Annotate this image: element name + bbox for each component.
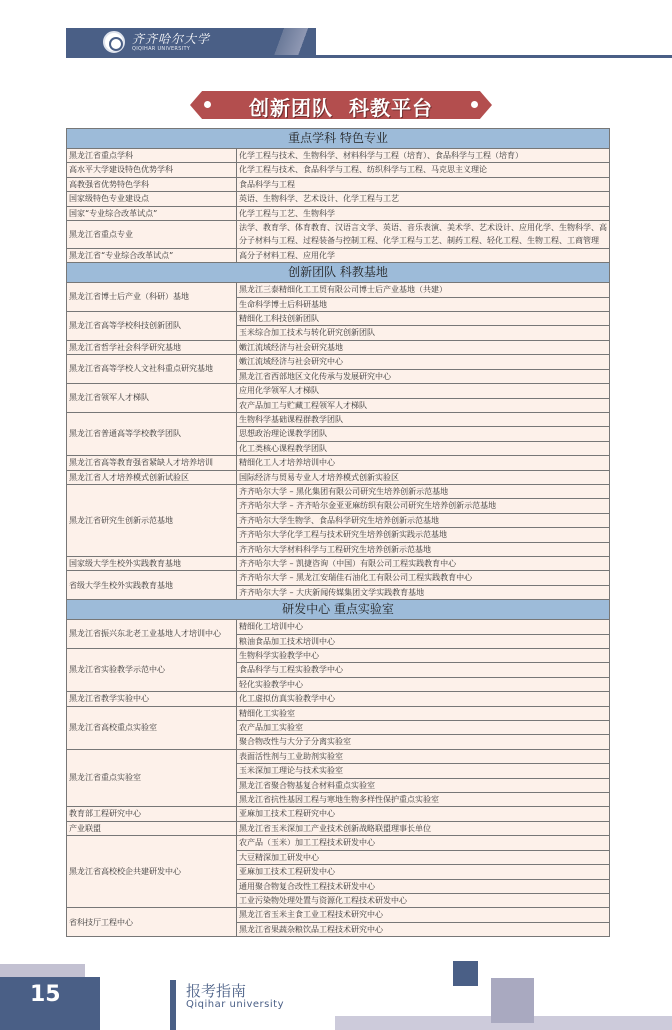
footer-decor-square-light: [491, 978, 534, 1023]
item-cell: 食品科学与工程实验教学中心: [237, 663, 610, 677]
item-cell: 农产品加工与贮藏工程领军人才梯队: [237, 398, 610, 412]
category-cell: 黑龙江省高校校企共建研发中心: [67, 836, 237, 908]
category-cell: 国家“专业综合改革试点”: [67, 206, 237, 220]
item-cell: 化工虚拟仿真实验教学中心: [237, 692, 610, 706]
category-cell: 黑龙江省重点专业: [67, 221, 237, 249]
item-cell: 思想政治理论课教学团队: [237, 427, 610, 441]
footer-decor-square-dark: [453, 961, 478, 986]
section-header-row: 研发中心 重点实验室: [67, 600, 610, 620]
item-cell: 大豆精深加工研发中心: [237, 850, 610, 864]
table-row: 省级大学生校外实践教育基地齐齐哈尔大学 – 黑龙江安瑞佳石油化工有限公司工程实践…: [67, 571, 610, 585]
category-cell: 黑龙江省“专业综合改革试点”: [67, 248, 237, 262]
table-row: 黑龙江省“专业综合改革试点”高分子材料工程、应用化学: [67, 248, 610, 262]
item-cell: 农产品（玉米）加工工程技术研发中心: [237, 836, 610, 850]
category-cell: 黑龙江省高校重点实验室: [67, 706, 237, 749]
item-cell: 齐齐哈尔大学 – 黑化集团有限公司研究生培养创新示范基地: [237, 484, 610, 498]
category-cell: 黑龙江省重点实验室: [67, 749, 237, 807]
item-cell: 精细化工科技创新团队: [237, 312, 610, 326]
category-cell: 产业联盟: [67, 821, 237, 835]
item-cell: 化学工程与技术、生物科学、材料科学与工程（培育）、食品科学与工程（培育）: [237, 149, 610, 163]
guide-title-cn: 报考指南: [186, 980, 246, 1001]
category-cell: 黑龙江省实验教学示范中心: [67, 649, 237, 692]
category-cell: 黑龙江省领军人才梯队: [67, 384, 237, 413]
table-row: 黑龙江省高校校企共建研发中心农产品（玉米）加工工程技术研发中心: [67, 836, 610, 850]
category-cell: 国家级大学生校外实践教育基地: [67, 556, 237, 570]
item-cell: 嫩江流域经济与社会研究中心: [237, 355, 610, 369]
page-title: 创新团队 科教平台: [190, 92, 492, 121]
item-cell: 黑龙江省玉米深加工产业技术创新战略联盟理事长单位: [237, 821, 610, 835]
category-cell: 黑龙江省普通高等学校教学团队: [67, 412, 237, 455]
item-cell: 表面活性剂与工业助剂实验室: [237, 749, 610, 763]
item-cell: 黑龙江三泰精细化工工贸有限公司博士后产业基地（共建）: [237, 283, 610, 297]
table-row: 国家“专业综合改革试点”化学工程与工艺、生物科学: [67, 206, 610, 220]
item-cell: 黑龙江省果蔬杂粮饮品工程技术研究中心: [237, 922, 610, 936]
table-row: 黑龙江省重点实验室表面活性剂与工业助剂实验室: [67, 749, 610, 763]
category-cell: 省科技厅工程中心: [67, 908, 237, 937]
section-header-row: 重点学科 特色专业: [67, 129, 610, 149]
table-row: 黑龙江省哲学社会科学研究基地嫩江流域经济与社会研究基地: [67, 340, 610, 354]
item-cell: 玉米深加工理论与技术实验室: [237, 764, 610, 778]
header-banner-slant: [260, 28, 330, 56]
table-row: 高水平大学建设特色优势学科化学工程与技术、食品科学与工程、纺织科学与工程、马克思…: [67, 163, 610, 177]
category-cell: 高水平大学建设特色优势学科: [67, 163, 237, 177]
item-cell: 农产品加工实验室: [237, 721, 610, 735]
item-cell: 黑龙江省玉米主食工业工程技术研究中心: [237, 908, 610, 922]
table-row: 黑龙江省高等学校人文社科重点研究基地嫩江流域经济与社会研究中心: [67, 355, 610, 369]
platform-table: 重点学科 特色专业黑龙江省重点学科化学工程与技术、生物科学、材料科学与工程（培育…: [66, 128, 610, 937]
section-title: 重点学科 特色专业: [67, 129, 610, 149]
item-cell: 亚麻加工技术工程研究中心: [237, 807, 610, 821]
section-title: 研发中心 重点实验室: [67, 600, 610, 620]
item-cell: 生物科学实验教学中心: [237, 649, 610, 663]
item-cell: 精细化工培训中心: [237, 620, 610, 634]
item-cell: 应用化学领军人才梯队: [237, 384, 610, 398]
category-cell: 黑龙江省哲学社会科学研究基地: [67, 340, 237, 354]
table-row: 黑龙江省重点学科化学工程与技术、生物科学、材料科学与工程（培育）、食品科学与工程…: [67, 149, 610, 163]
category-cell: 国家级特色专业建设点: [67, 192, 237, 206]
university-name-en: QIQIHAR UNIVERSITY: [132, 46, 190, 52]
item-cell: 英语、生物科学、艺术设计、化学工程与工艺: [237, 192, 610, 206]
page-title-ribbon: 创新团队 科教平台: [190, 91, 492, 119]
category-cell: 教育部工程研究中心: [67, 807, 237, 821]
category-cell: 黑龙江省高等学校科技创新团队: [67, 312, 237, 341]
table-row: 黑龙江省普通高等学校教学团队生物科学基础课程群教学团队: [67, 412, 610, 426]
item-cell: 齐齐哈尔大学生物学、食品科学研究生培养创新示范基地: [237, 513, 610, 527]
item-cell: 轻化实验教学中心: [237, 677, 610, 691]
table-row: 省科技厅工程中心黑龙江省玉米主食工业工程技术研究中心: [67, 908, 610, 922]
item-cell: 齐齐哈尔大学 – 大庆新闻传媒集团文学实践教育基地: [237, 585, 610, 599]
platform-table-body: 重点学科 特色专业黑龙江省重点学科化学工程与技术、生物科学、材料科学与工程（培育…: [67, 129, 610, 937]
item-cell: 聚合物改性与大分子分离实验室: [237, 735, 610, 749]
item-cell: 玉米综合加工技术与转化研究创新团队: [237, 326, 610, 340]
table-row: 黑龙江省高等学校科技创新团队精细化工科技创新团队: [67, 312, 610, 326]
university-emblem-icon: [103, 31, 125, 53]
item-cell: 齐齐哈尔大学化学工程与技术研究生培养创新实践示范基地: [237, 528, 610, 542]
category-cell: 黑龙江省研究生创新示范基地: [67, 484, 237, 556]
table-row: 国家级特色专业建设点英语、生物科学、艺术设计、化学工程与工艺: [67, 192, 610, 206]
section-title: 创新团队 科教基地: [67, 263, 610, 283]
category-cell: 黑龙江省重点学科: [67, 149, 237, 163]
category-cell: 高教强省优势特色学科: [67, 177, 237, 191]
table-row: 黑龙江省博士后产业（科研）基地黑龙江三泰精细化工工贸有限公司博士后产业基地（共建…: [67, 283, 610, 297]
item-cell: 工业污染物处理处置与资源化工程技术研发中心: [237, 893, 610, 907]
page-number: 15: [30, 982, 61, 1007]
footer-divider-bar: [170, 980, 176, 1030]
section-header-row: 创新团队 科教基地: [67, 263, 610, 283]
table-row: 黑龙江省领军人才梯队应用化学领军人才梯队: [67, 384, 610, 398]
item-cell: 精细化工人才培养培训中心: [237, 456, 610, 470]
table-row: 黑龙江省振兴东北老工业基地人才培训中心精细化工培训中心: [67, 620, 610, 634]
item-cell: 通用聚合物复合改性工程技术研发中心: [237, 879, 610, 893]
item-cell: 化学工程与工艺、生物科学: [237, 206, 610, 220]
table-row: 黑龙江省重点专业法学、教育学、体育教育、汉语言文学、英语、音乐表演、美术学、艺术…: [67, 221, 610, 249]
header-rule: [66, 55, 672, 58]
table-row: 黑龙江省高等教育强省紧缺人才培养培训精细化工人才培养培训中心: [67, 456, 610, 470]
guide-title-en: Qiqihar university: [186, 999, 284, 1010]
category-cell: 黑龙江省振兴东北老工业基地人才培训中心: [67, 620, 237, 649]
item-cell: 国际经济与贸易专业人才培养模式创新实验区: [237, 470, 610, 484]
category-cell: 黑龙江省高等学校人文社科重点研究基地: [67, 355, 237, 384]
item-cell: 亚麻加工技术工程研发中心: [237, 865, 610, 879]
table-row: 国家级大学生校外实践教育基地齐齐哈尔大学 – 凯捷咨询（中国）有限公司工程实践教…: [67, 556, 610, 570]
item-cell: 黑龙江省聚合物基复合材料重点实验室: [237, 778, 610, 792]
item-cell: 黑龙江省西部地区文化传承与发展研究中心: [237, 369, 610, 383]
item-cell: 粮油食品加工技术培训中心: [237, 634, 610, 648]
item-cell: 食品科学与工程: [237, 177, 610, 191]
item-cell: 化学工程与技术、食品科学与工程、纺织科学与工程、马克思主义理论: [237, 163, 610, 177]
category-cell: 黑龙江省教学实验中心: [67, 692, 237, 706]
university-name-cn: 齐齐哈尔大学: [132, 30, 210, 47]
table-row: 黑龙江省研究生创新示范基地齐齐哈尔大学 – 黑化集团有限公司研究生培养创新示范基…: [67, 484, 610, 498]
item-cell: 化工类核心课程教学团队: [237, 441, 610, 455]
item-cell: 嫩江流域经济与社会研究基地: [237, 340, 610, 354]
category-cell: 黑龙江省人才培养模式创新试验区: [67, 470, 237, 484]
item-cell: 黑龙江省抗性基因工程与寒地生物多样性保护重点实验室: [237, 793, 610, 807]
table-row: 黑龙江省实验教学示范中心生物科学实验教学中心: [67, 649, 610, 663]
table-row: 产业联盟黑龙江省玉米深加工产业技术创新战略联盟理事长单位: [67, 821, 610, 835]
item-cell: 法学、教育学、体育教育、汉语言文学、英语、音乐表演、美术学、艺术设计、应用化学、…: [237, 221, 610, 249]
category-cell: 黑龙江省博士后产业（科研）基地: [67, 283, 237, 312]
item-cell: 精细化工实验室: [237, 706, 610, 720]
item-cell: 齐齐哈尔大学 – 黑龙江安瑞佳石油化工有限公司工程实践教育中心: [237, 571, 610, 585]
category-cell: 省级大学生校外实践教育基地: [67, 571, 237, 600]
item-cell: 齐齐哈尔大学 – 齐齐哈尔金亚亚麻纺织有限公司研究生培养创新示范基地: [237, 499, 610, 513]
item-cell: 高分子材料工程、应用化学: [237, 248, 610, 262]
table-row: 黑龙江省人才培养模式创新试验区国际经济与贸易专业人才培养模式创新实验区: [67, 470, 610, 484]
category-cell: 黑龙江省高等教育强省紧缺人才培养培训: [67, 456, 237, 470]
item-cell: 齐齐哈尔大学 – 凯捷咨询（中国）有限公司工程实践教育中心: [237, 556, 610, 570]
item-cell: 生命科学博士后科研基地: [237, 297, 610, 311]
table-row: 黑龙江省教学实验中心化工虚拟仿真实验教学中心: [67, 692, 610, 706]
table-row: 高教强省优势特色学科食品科学与工程: [67, 177, 610, 191]
table-row: 黑龙江省高校重点实验室精细化工实验室: [67, 706, 610, 720]
item-cell: 齐齐哈尔大学材料科学与工程研究生培养创新示范基地: [237, 542, 610, 556]
table-row: 教育部工程研究中心亚麻加工技术工程研究中心: [67, 807, 610, 821]
ribbon-dot-right-icon: [471, 101, 478, 108]
item-cell: 生物科学基础课程群教学团队: [237, 412, 610, 426]
